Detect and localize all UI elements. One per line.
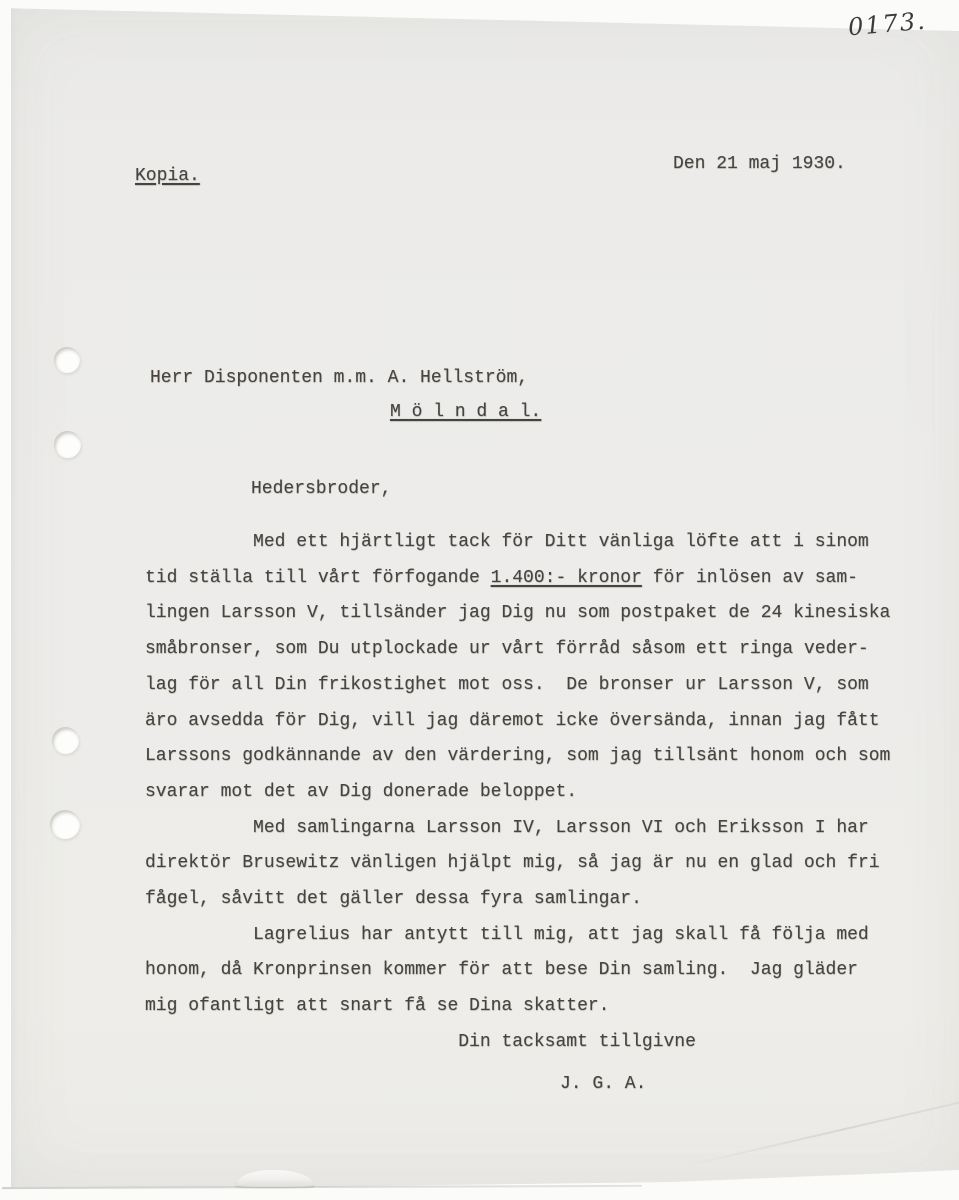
- letter-line: Larssons godkännande av den värdering, s…: [145, 739, 890, 775]
- letter-line: fågel, såvitt det gäller dessa fyra saml…: [145, 882, 890, 918]
- letter-line: Med samlingarna Larsson IV, Larsson VI o…: [145, 811, 890, 847]
- punch-hole: [52, 727, 79, 754]
- punch-hole: [54, 347, 80, 373]
- scan-background-left-edge: [0, 0, 11, 1200]
- scanned-letter: 0173. Kopia. Den 21 maj 1930. Herr Dispo…: [0, 0, 959, 1200]
- letter-line: honom, då Kronprinsen kommer för att bes…: [145, 953, 890, 989]
- letter-line: småbronser, som Du utplockade ur vårt fö…: [145, 632, 890, 668]
- letter-body: Med ett hjärtligt tack för Ditt vänliga …: [145, 525, 890, 1061]
- letter-line: Din tacksamt tillgivne: [145, 1025, 890, 1061]
- letter-line: tid ställa till vårt förfogande 1.400:- …: [145, 561, 890, 597]
- recipient-city: M ö l n d a l.: [390, 402, 541, 422]
- salutation: Hedersbroder,: [251, 479, 391, 499]
- punch-hole: [54, 431, 81, 458]
- signature-initials: J. G. A.: [560, 1074, 646, 1094]
- recipient-name: Herr Disponenten m.m. A. Hellström,: [150, 368, 528, 388]
- punch-hole: [50, 810, 80, 839]
- letter-line: direktör Brusewitz vänligen hjälpt mig, …: [145, 846, 890, 882]
- letter-line: Med ett hjärtligt tack för Ditt vänliga …: [145, 525, 890, 561]
- copy-label: Kopia.: [135, 166, 200, 186]
- letter-date: Den 21 maj 1930.: [673, 154, 846, 174]
- letter-line: lag för all Din frikostighet mot oss. De…: [145, 668, 890, 704]
- letter-line: Lagrelius har antytt till mig, att jag s…: [145, 918, 890, 954]
- letter-line: svarar mot det av Dig donerade beloppet.: [145, 775, 890, 811]
- letter-line: lingen Larsson V, tillsänder jag Dig nu …: [145, 596, 890, 632]
- letter-line: äro avsedda för Dig, vill jag däremot ic…: [145, 704, 890, 740]
- letter-line: mig ofantligt att snart få se Dina skatt…: [145, 989, 890, 1025]
